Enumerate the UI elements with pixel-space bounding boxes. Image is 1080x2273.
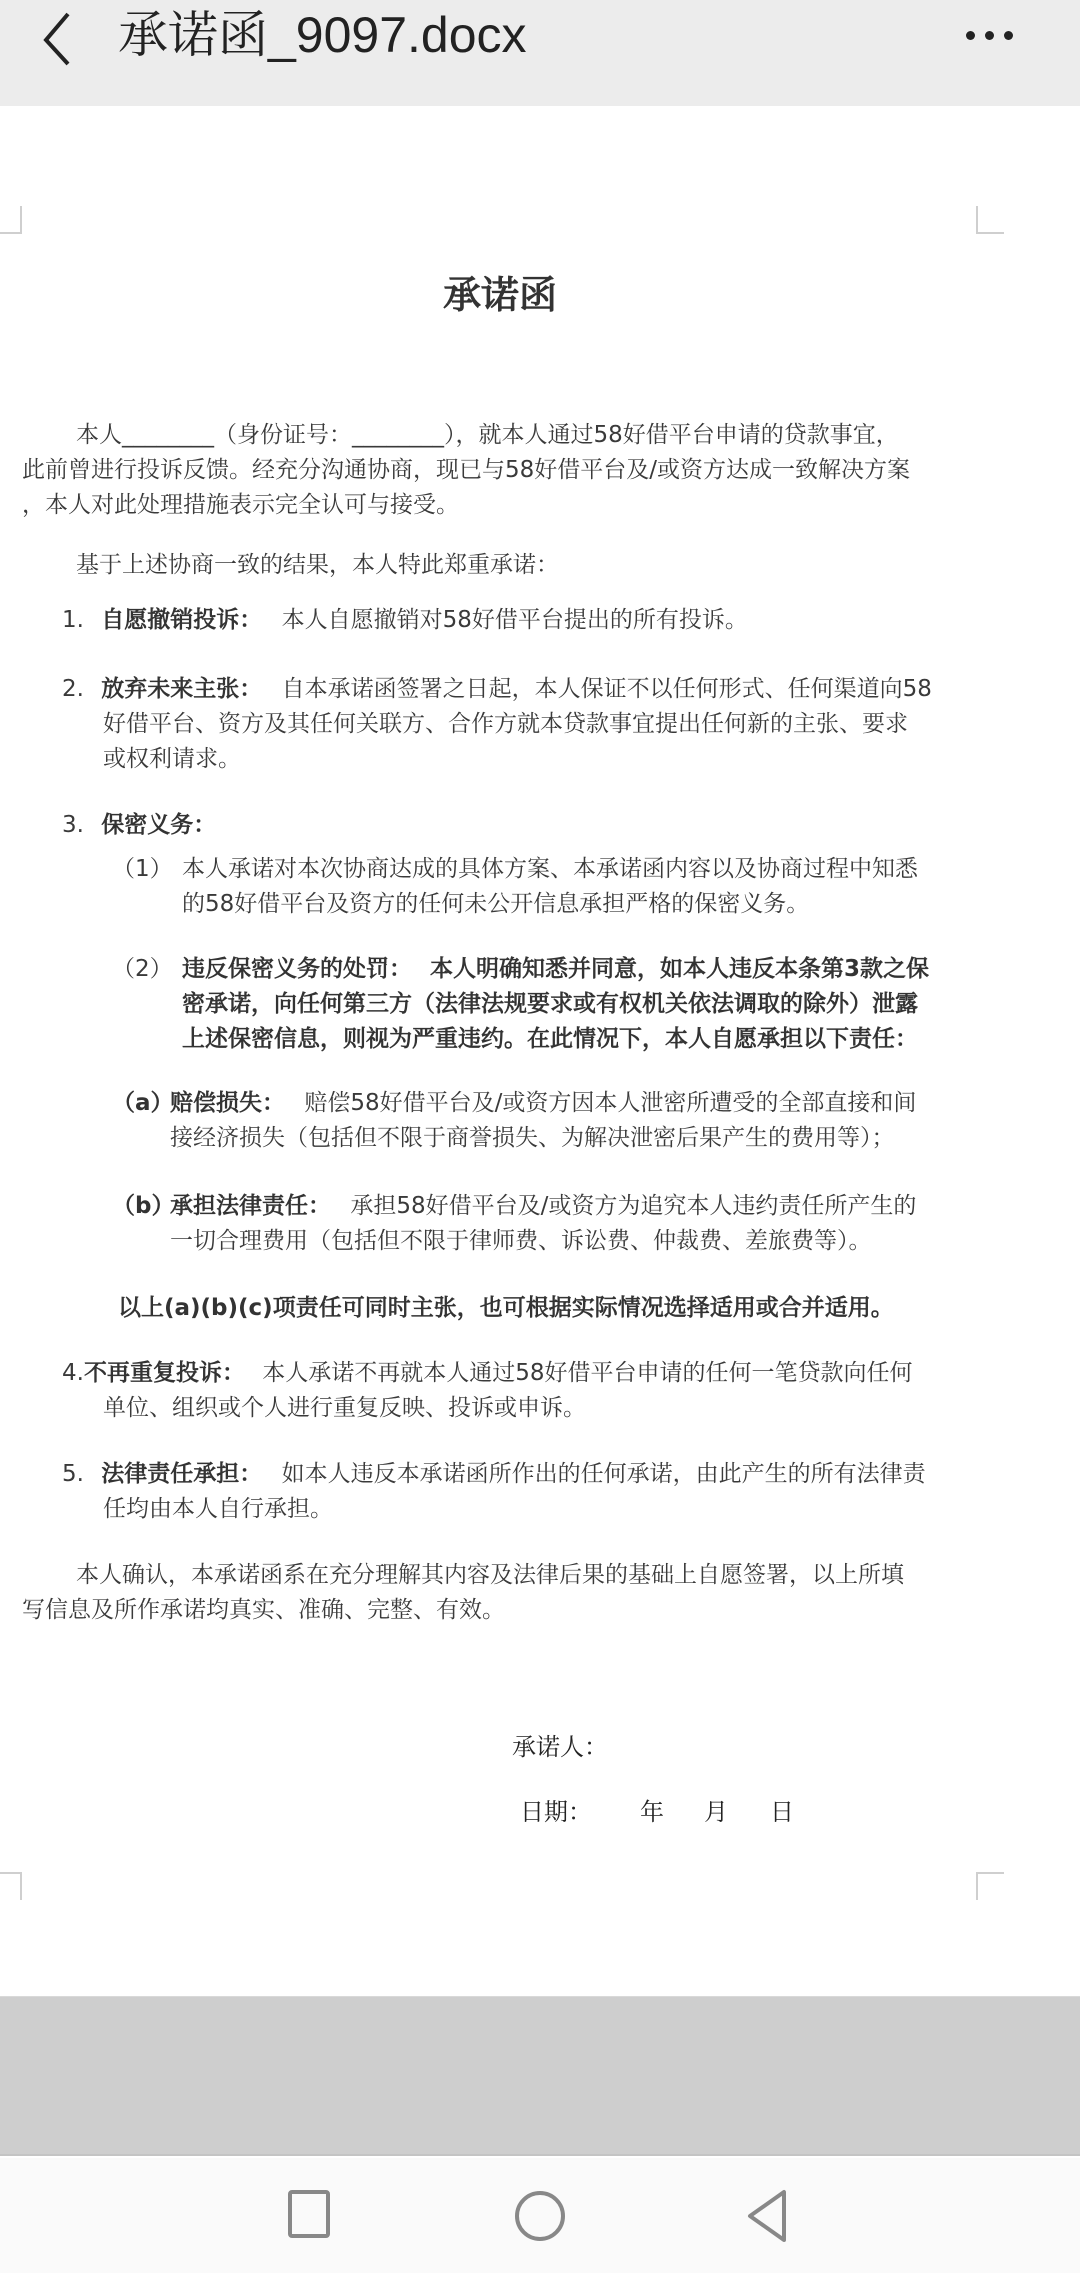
sub-item-text: 一切合理费用（包括但不限于律师费、诉讼费、仲裁费、差旅费等）。	[170, 1224, 872, 1259]
item-text: 单位、组织或个人进行重复反映、投诉或申诉。	[103, 1391, 586, 1426]
item-number: 1.	[62, 607, 84, 633]
item-heading: 自愿撤销投诉：	[101, 607, 262, 633]
intro-line: 本人________（身份证号：________），就本人通过58好借平台申请的…	[76, 418, 899, 453]
lead-text: 基于上述协商一致的结果，本人特此郑重承诺：	[76, 548, 559, 583]
home-button[interactable]	[512, 2188, 568, 2248]
sub-item-heading: 违反保密义务的处罚：	[182, 956, 412, 982]
page-corner-mark	[0, 1872, 22, 1900]
square-recents-icon	[284, 2188, 334, 2240]
item-heading: 不再重复投诉：	[84, 1360, 245, 1386]
sub-item-number: （b）	[112, 1189, 174, 1224]
triangle-back-icon	[744, 2188, 794, 2244]
item-heading: 保密义务：	[101, 812, 216, 838]
more-options-button[interactable]	[966, 20, 1026, 50]
signer-label: 承诺人：	[512, 1730, 608, 1765]
item-text: 如本人违反本承诺函所作出的任何承诺，由此产生的所有法律责	[282, 1461, 926, 1487]
list-item-4: 4.不再重复投诉： 本人承诺不再就本人通过58好借平台申请的任何一笔贷款向任何	[62, 1356, 913, 1391]
recents-button[interactable]	[284, 2188, 334, 2244]
page-gap-area	[0, 1996, 1080, 2156]
sub-item-text: 违反保密义务的处罚： 本人明确知悉并同意，如本人违反本条第3款之保	[182, 952, 929, 987]
page-corner-mark	[0, 206, 22, 234]
system-navigation-bar	[0, 2158, 1080, 2273]
list-item-5: 5. 法律责任承担： 如本人违反本承诺函所作出的任何承诺，由此产生的所有法律责	[62, 1457, 926, 1492]
list-item-1: 1. 自愿撤销投诉： 本人自愿撤销对58好借平台提出的所有投诉。	[62, 603, 748, 638]
confirm-line: 本人确认，本承诺函系在充分理解其内容及法律后果的基础上自愿签署，以上所填	[76, 1558, 904, 1593]
liability-note: 以上(a)(b)(c)项责任可同时主张，也可根据实际情况选择适用或合并适用。	[118, 1291, 894, 1326]
date-label: 日期：	[520, 1795, 592, 1830]
chevron-left-icon	[36, 6, 86, 66]
list-item-2: 2. 放弃未来主张： 自本承诺函签署之日起，本人保证不以任何形式、任何渠道向58	[62, 672, 932, 707]
sub-item-heading: 赔偿损失：	[170, 1090, 285, 1116]
sub-item-text: 密承诺，向任何第三方（法律法规要求或有权机关依法调取的除外）泄露	[182, 987, 918, 1022]
document-page[interactable]: 承诺函 本人________（身份证号：________），就本人通过58好借平…	[0, 106, 1080, 1996]
app-header: 承诺函_9097.docx	[0, 0, 1080, 106]
back-button[interactable]	[36, 6, 86, 66]
back-nav-button[interactable]	[744, 2188, 794, 2248]
item-text: 本人自愿撤销对58好借平台提出的所有投诉。	[282, 607, 748, 633]
item-text: 或权利请求。	[103, 742, 241, 777]
sub-item-text: 本人承诺对本次协商达成的具体方案、本承诺函内容以及协商过程中知悉	[182, 852, 918, 887]
item-number: 4.	[62, 1360, 84, 1386]
sub-item-heading: 承担法律责任：	[170, 1193, 331, 1219]
item-text: 好借平台、资方及其任何关联方、合作方就本贷款事宜提出任何新的主张、要求	[103, 707, 908, 742]
item-number: 2.	[62, 676, 84, 702]
document-title: 承诺函	[0, 264, 1000, 319]
file-name-title: 承诺函_9097.docx	[118, 0, 527, 70]
item-heading: 法律责任承担：	[101, 1461, 262, 1487]
more-horizontal-icon-dot	[966, 31, 975, 40]
intro-line: ，本人对此处理措施表示完全认可与接受。	[22, 488, 459, 523]
sub-item-text: 赔偿损失： 赔偿58好借平台及/或资方因本人泄密所遭受的全部直接和间	[170, 1086, 916, 1121]
more-horizontal-icon-dot	[1004, 31, 1013, 40]
date-month: 月	[704, 1795, 728, 1830]
page-corner-mark	[976, 206, 1004, 234]
sub-item-text: 上述保密信息，则视为严重违约。在此情况下，本人自愿承担以下责任：	[182, 1022, 918, 1057]
sub-item-number: （2）	[112, 952, 173, 987]
item-text: 自本承诺函签署之日起，本人保证不以任何形式、任何渠道向58	[282, 676, 932, 702]
item-number: 5.	[62, 1461, 84, 1487]
date-year: 年	[640, 1795, 664, 1830]
intro-line: 此前曾进行投诉反馈。经充分沟通协商，现已与58好借平台及/或资方达成一致解决方案	[22, 453, 910, 488]
list-item-3: 3. 保密义务：	[62, 808, 216, 843]
sub-item-number: （a）	[112, 1086, 174, 1121]
date-day: 日	[770, 1795, 794, 1830]
item-heading: 放弃未来主张：	[101, 676, 262, 702]
sub-item-text: 的58好借平台及资方的任何未公开信息承担严格的保密义务。	[182, 887, 809, 922]
confirm-line: 写信息及所作承诺均真实、准确、完整、有效。	[22, 1593, 505, 1628]
sub-item-text: 承担法律责任： 承担58好借平台及/或资方为追究本人违约责任所产生的	[170, 1189, 916, 1224]
sub-item-text: 接经济损失（包括但不限于商誉损失、为解决泄密后果产生的费用等）；	[170, 1121, 895, 1156]
item-text: 任均由本人自行承担。	[103, 1492, 333, 1527]
page-corner-mark	[976, 1872, 1004, 1900]
item-number: 3.	[62, 812, 84, 838]
sub-item-number: （1）	[112, 852, 173, 887]
more-horizontal-icon-dot	[985, 31, 994, 40]
item-text: 本人承诺不再就本人通过58好借平台申请的任何一笔贷款向任何	[262, 1360, 912, 1386]
circle-home-icon	[512, 2188, 568, 2244]
